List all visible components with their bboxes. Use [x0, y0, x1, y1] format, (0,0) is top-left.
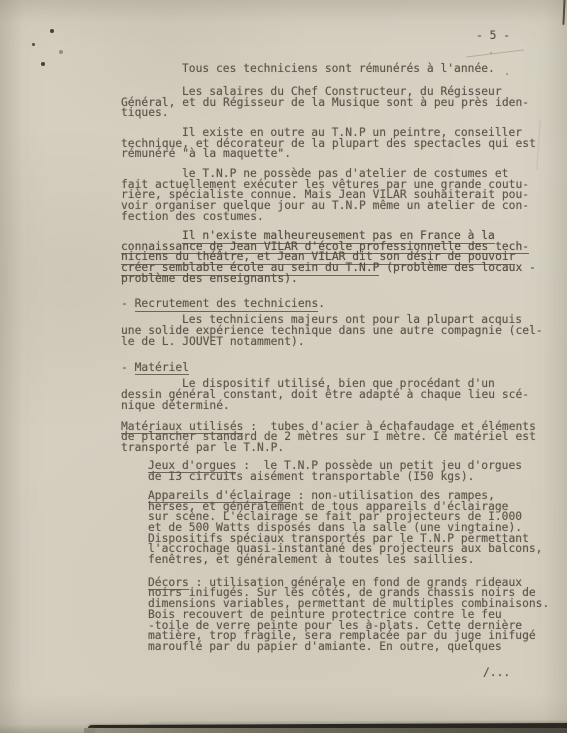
para-decors: Décors : utilisation générale en fond de… — [148, 578, 557, 653]
ink-speck — [32, 43, 35, 46]
ink-speck — [506, 73, 508, 75]
para-peintre: Il existe en outre au T.N.P un peintre, … — [121, 128, 557, 160]
heading-materiel: - Matériel — [121, 363, 557, 374]
para-atelier-costumes: le T.N.P ne possède pas d'atelier de cos… — [121, 169, 557, 223]
paper-bottom-left-corner-shade — [0, 724, 95, 733]
scanned-typewritten-page: - 5 - Tous ces techniciens sont rémunéré… — [0, 0, 567, 733]
heading-recrutement: - Recrutement des techniciens. — [121, 299, 557, 310]
para-dispositif: Le dispositif utilisé, bien que procédan… — [121, 379, 557, 411]
ink-speck — [59, 50, 63, 54]
paper-bottom-edge-shadow — [84, 728, 567, 733]
para-salaires: Les salaires du Chef Constructeur, du Ré… — [121, 87, 557, 119]
ink-speck — [41, 62, 45, 66]
para-ecole-professionnelle: Il n'existe malheureusement pas en Franc… — [121, 231, 557, 285]
para-remuneration-annee: Tous ces techniciens sont rémunérés à l'… — [121, 64, 557, 75]
para-materiaux-utilises: Matériaux utilisés : tubes d'acier à éch… — [121, 422, 557, 454]
document-body: Tous ces techniciens sont rémunérés à l'… — [121, 64, 557, 653]
para-recrutement: Les techniciens majeurs ont pour la plup… — [121, 315, 557, 347]
continuation-mark: /... — [483, 666, 510, 679]
para-appareils-eclairage: Appareils d'éclairage : non-utilisation … — [148, 491, 557, 566]
ink-speck — [50, 29, 54, 33]
para-jeux-orgues: Jeux d'orgues : le T.N.P possède un peti… — [148, 461, 557, 482]
paper-crease-top-right — [562, 0, 565, 25]
paper-crease-under-pagenum — [466, 49, 524, 57]
page-number: - 5 - — [476, 30, 510, 41]
